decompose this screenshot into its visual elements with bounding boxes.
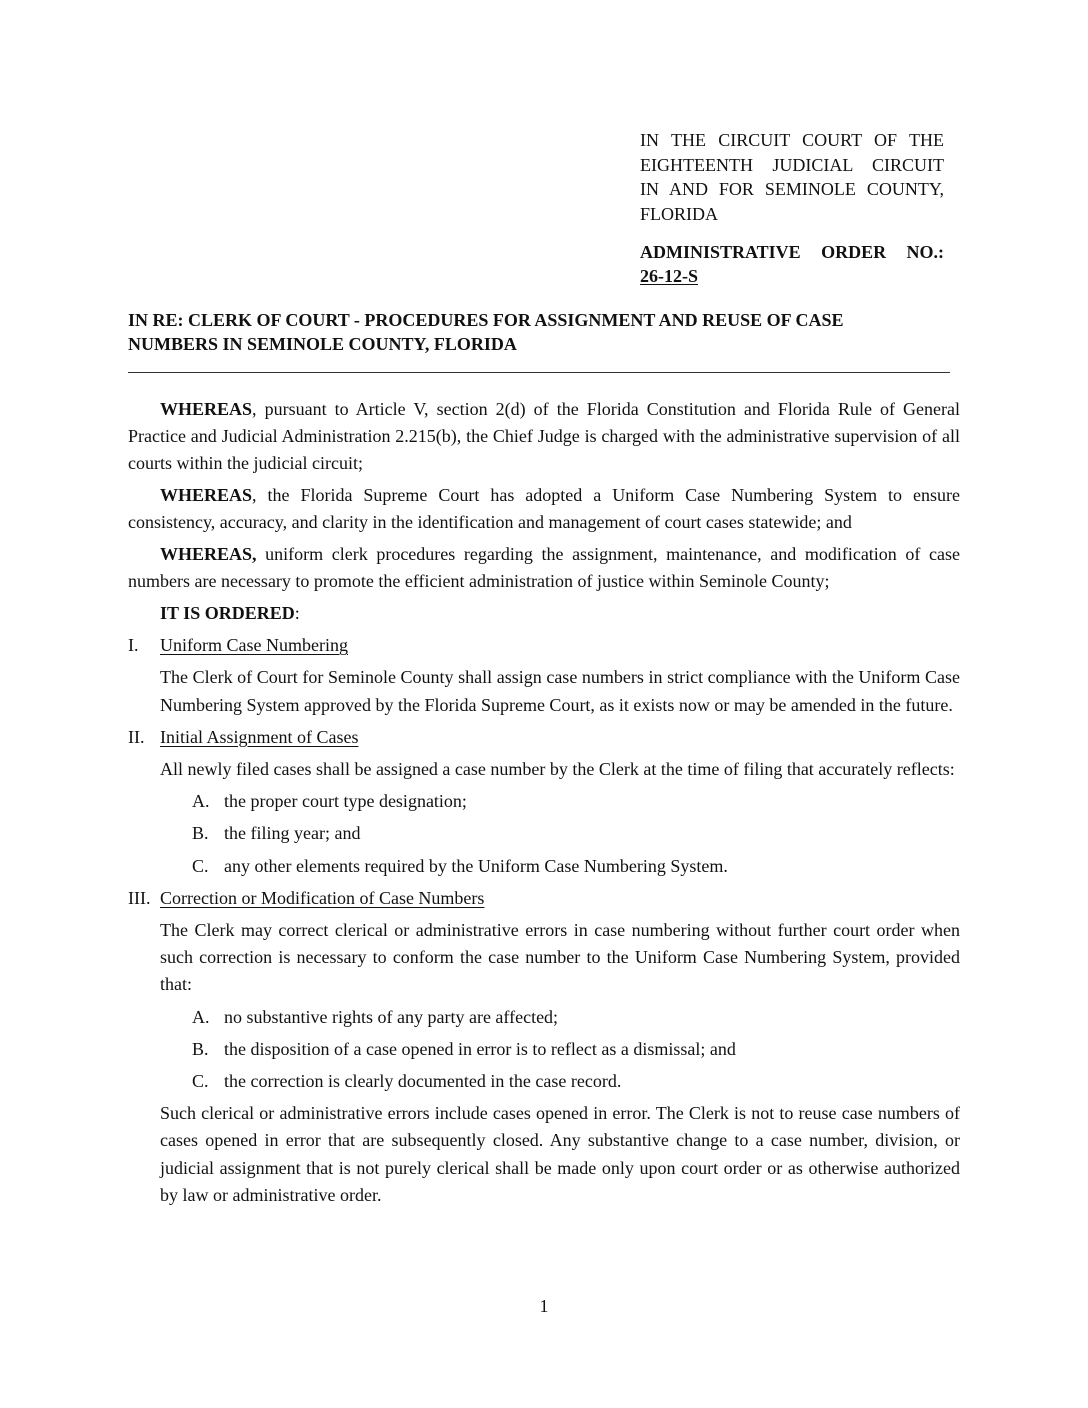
court-caption: IN THE CIRCUIT COURT OF THE EIGHTEENTH J… — [640, 128, 944, 226]
list-item: C. any other elements required by the Un… — [128, 853, 960, 880]
caption-line: IN THE CIRCUIT COURT OF THE — [640, 128, 944, 153]
whereas-paragraph: WHEREAS, the Florida Supreme Court has a… — [128, 482, 960, 536]
section-body: All newly filed cases shall be assigned … — [128, 756, 960, 783]
page-number: 1 — [0, 1296, 1088, 1317]
horizontal-rule — [128, 372, 950, 373]
section-body: The Clerk of Court for Seminole County s… — [128, 664, 960, 718]
list-item-text: the filing year; and — [224, 820, 360, 847]
whereas-text: , pursuant to Article V, section 2(d) of… — [128, 399, 960, 473]
in-re-heading: IN RE: CLERK OF COURT - PROCEDURES FOR A… — [128, 308, 958, 356]
section-heading: III. Correction or Modification of Case … — [128, 885, 960, 912]
in-re-line: IN RE: CLERK OF COURT - PROCEDURES FOR A… — [128, 308, 958, 332]
list-item-letter: A. — [192, 788, 224, 815]
section-closing-paragraph: Such clerical or administrative errors i… — [128, 1100, 960, 1209]
list-item-letter: C. — [192, 1068, 224, 1095]
caption-line: IN AND FOR SEMINOLE COUNTY, — [640, 177, 944, 202]
whereas-paragraph: WHEREAS, pursuant to Article V, section … — [128, 396, 960, 478]
list-item: A. the proper court type designation; — [128, 788, 960, 815]
it-is-ordered: IT IS ORDERED: — [128, 600, 960, 627]
list-item-text: the disposition of a case opened in erro… — [224, 1036, 736, 1063]
list-item: A. no substantive rights of any party ar… — [128, 1004, 960, 1031]
section-body: The Clerk may correct clerical or admini… — [128, 917, 960, 999]
list-item-letter: A. — [192, 1004, 224, 1031]
whereas-lead: WHEREAS, — [160, 544, 257, 564]
section-title: Correction or Modification of Case Numbe… — [160, 885, 484, 912]
list-item-text: any other elements required by the Unifo… — [224, 853, 728, 880]
caption-line: FLORIDA — [640, 202, 944, 227]
whereas-lead: WHEREAS — [160, 485, 252, 505]
section-heading: II. Initial Assignment of Cases — [128, 724, 960, 751]
section-numeral: I. — [128, 632, 160, 659]
section-title: Initial Assignment of Cases — [160, 724, 358, 751]
list-item-letter: B. — [192, 820, 224, 847]
whereas-text: , the Florida Supreme Court has adopted … — [128, 485, 960, 532]
list-item-text: the correction is clearly documented in … — [224, 1068, 621, 1095]
whereas-paragraph: WHEREAS, uniform clerk procedures regard… — [128, 541, 960, 595]
list-item-text: no substantive rights of any party are a… — [224, 1004, 558, 1031]
section-numeral: III. — [128, 885, 160, 912]
list-item: C. the correction is clearly documented … — [128, 1068, 960, 1095]
document-page: IN THE CIRCUIT COURT OF THE EIGHTEENTH J… — [0, 0, 1088, 1408]
in-re-line: NUMBERS IN SEMINOLE COUNTY, FLORIDA — [128, 332, 958, 356]
order-number: 26-12-S — [640, 264, 698, 288]
whereas-lead: WHEREAS — [160, 399, 252, 419]
list-item-letter: B. — [192, 1036, 224, 1063]
section-numeral: II. — [128, 724, 160, 751]
order-body: WHEREAS, pursuant to Article V, section … — [128, 396, 960, 1214]
caption-line: EIGHTEENTH JUDICIAL CIRCUIT — [640, 153, 944, 178]
administrative-order-number: ADMINISTRATIVE ORDER NO.: 26-12-S — [640, 240, 944, 288]
list-item-text: the proper court type designation; — [224, 788, 467, 815]
list-item-letter: C. — [192, 853, 224, 880]
list-item: B. the filing year; and — [128, 820, 960, 847]
section-heading: I. Uniform Case Numbering — [128, 632, 960, 659]
section-title: Uniform Case Numbering — [160, 632, 348, 659]
order-label: ADMINISTRATIVE ORDER NO.: — [640, 240, 944, 264]
ordered-lead: IT IS ORDERED — [160, 603, 295, 623]
list-item: B. the disposition of a case opened in e… — [128, 1036, 960, 1063]
ordered-suffix: : — [295, 603, 300, 623]
